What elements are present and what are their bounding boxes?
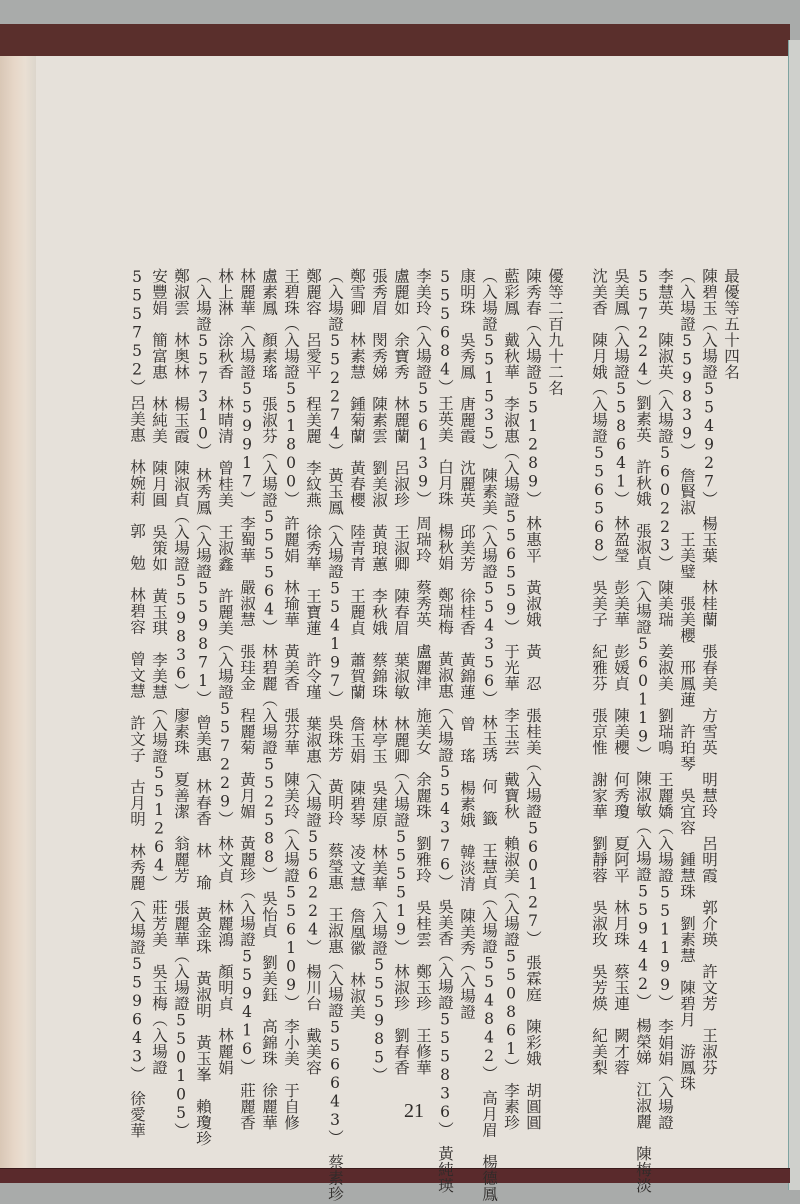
text-column: 鄭雪卿 林素慧 鍾菊蘭 黃春櫻 陸青青 王麗貞 蕭賀蘭 詹玉娟 陳碧琴 凌文慧 …: [346, 268, 368, 1108]
section-heading-top-honors: 最優等五十四名: [720, 268, 742, 1108]
text-column: 安豐娟 簡富惠 林純美 陳月圓 吳策如 黃玉琪 李美慧（入場證551264） 莊…: [148, 268, 170, 1108]
text-column: 鄭麗容 呂愛平 程美麗 李紋燕 徐秀華 王寶蓮 許令瑾 葉淑惠（入場證55622…: [302, 268, 324, 1108]
text-column: （入場證551535） 陳素美（入場證554356） 林玉琇 何 籤 王慧貞（入…: [478, 268, 500, 1108]
text-column: （入場證552274） 黃玉鳳（入場證554197） 吳珠芳 黃明玲 蔡瑩惠 王…: [324, 268, 346, 1108]
text-column: 藍彩鳳 戴秋華 李淑惠（入場證556559） 于光華 李玉芸 戴寶秋 賴淑美（入…: [500, 268, 522, 1108]
page-stack-edge: [0, 56, 36, 1168]
book-cover-top: [0, 24, 790, 58]
text-column: （入場證557310） 林秀鳳（入場證559871） 曾美惠 林春香 林 瑜 黃…: [192, 268, 214, 1108]
book-cover-bottom: [0, 1168, 790, 1183]
text-column: 陳秀春（入場證551289） 林惠平 黃淑娥 黃 忍 張桂美（入場證560127…: [522, 268, 544, 1108]
text-column: 張秀眉 閔秀娣 陳素雲 劉美淑 黃琅蕙 李秋娥 蔡錦珠 林亭玉 吳建原 林美華（…: [368, 268, 390, 1108]
text-column: 吳美鳳（入場證558641） 林盈瑩 彭美華 彭媛貞 陳美櫻 何秀瓊 夏阿平 林…: [610, 268, 632, 1108]
text-column: 鄭淑雲 林奥林 楊玉霞 陳淑貞（入場證559836） 廖素珠 夏善潔 翁麗芳 張…: [170, 268, 192, 1108]
column-spacer: [566, 268, 588, 1108]
text-column: 盧麗如 余寶秀 林麗蘭 呂淑珍 王淑卿 陳春眉 葉淑敏 林麗卿（入場證55551…: [390, 268, 412, 1108]
text-column: 557224）劉素英 許秋娥 張淑貞（入場證560119） 陳淑敏（入場證559…: [632, 268, 654, 1108]
text-column: 王碧珠（入場證551800） 許麗娟 林瑜華 黃美香 張芬華 陳美玲（入場證55…: [280, 268, 302, 1108]
text-column: 林上淋 涂秋香 林晴清 曾桂美 王淑鑫 許麗美（入場證557229） 林文貞 林…: [214, 268, 236, 1108]
page-right-edge: [788, 40, 800, 1190]
text-column: 林麗華（入場證559917） 李蜀華 嚴淑慧 張珪金 程麗菊 黃月媚 黃麗珍（入…: [236, 268, 258, 1108]
text-column: 李美玲（入場證556139） 周瑞玲 蔡秀英 盧麗津 施美女 余麗珠 劉雅玲 吳…: [412, 268, 434, 1108]
vertical-text-columns: 最優等五十四名 陳碧玉（入場證554927） 楊玉葉 林桂蘭 張春美 方雪英 明…: [126, 268, 742, 1108]
text-column: 555684）王英美 白月珠 楊秋娟 鄭瑞梅 黃淑惠（入場證554376） 吳美…: [434, 268, 456, 1108]
text-column: （入場證559839） 詹賢淑 王美璧 張美櫻 邢鳳蓮 許珀琴 吳宜容 鍾慧珠 …: [676, 268, 698, 1108]
text-column: 盧素鳳 顏素瑤 張淑芬（入場證555564） 林碧麗（入場證552588） 吳怡…: [258, 268, 280, 1108]
page-number: 21: [404, 1100, 424, 1123]
text-column: 陳碧玉（入場證554927） 楊玉葉 林桂蘭 張春美 方雪英 明慧玲 呂明霞 郭…: [698, 268, 720, 1108]
section-heading-honors: 優等二百九十二名: [544, 268, 566, 1108]
text-column: 李慧英 陳淑英（入場證560223） 陳美瑞 姜淑美 劉瑞鳴 王麗嬌（入場證55…: [654, 268, 676, 1108]
text-column: 沈美香 陳月娥（入場證556568） 吳美子 紀雅芬 張京惟 謝家華 劉靜蓉 吳…: [588, 268, 610, 1108]
text-column: 555752）呂美惠 林婉莉 郭 勉 林碧容 曾文慧 許文子 古月明 林秀麗（入…: [126, 268, 148, 1108]
text-column: 康明珠 吳秀鳳 唐麗霞 沈麗英 邱美芳 徐桂香 黃錦蓮 曾 瑤 楊素娥 韓淡清 …: [456, 268, 478, 1108]
